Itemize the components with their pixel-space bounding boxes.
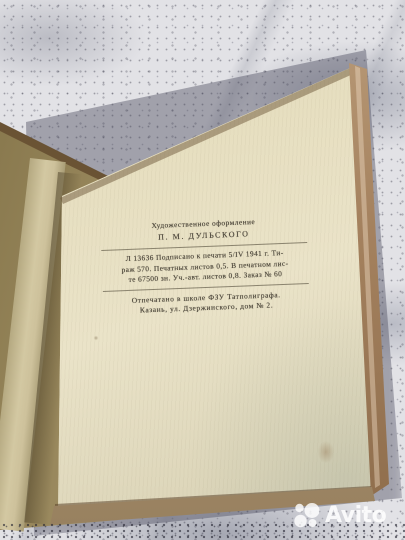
avito-wordmark: Avito	[325, 501, 386, 531]
colophon-text-block: Художественное оформление П. М. ДУЛЬСКОГ…	[100, 215, 309, 317]
avito-logo-icon	[292, 501, 322, 531]
imprint-text: Л 13636 Подписано к печати 5/IV 1941 г. …	[101, 247, 308, 287]
avito-watermark: Avito	[292, 501, 386, 531]
photo-of-open-book: Художественное оформление П. М. ДУЛЬСКОГ…	[0, 0, 405, 540]
